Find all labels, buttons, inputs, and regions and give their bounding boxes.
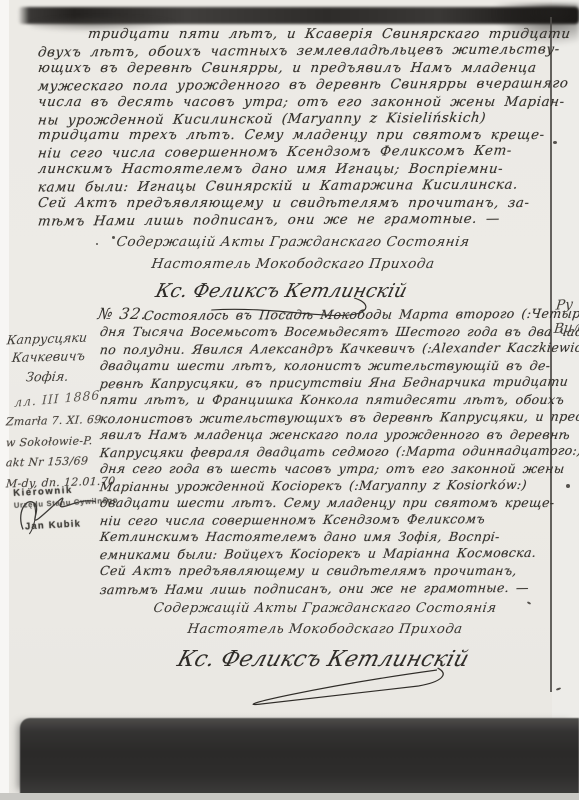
manuscript-line: Капрусцяки февраля двадцать седмого (:Ма… [99,442,551,461]
closing-formula-line: Настоятель Мокободскаго Прихода [99,620,552,639]
margin-village-name: Капрусцяки [6,330,88,348]
manuscript-line: дня сего года въ шесть часовъ утра; отъ … [99,460,551,477]
manuscript-line: Кетлинскимъ Настоятелемъ дано имя Зофія,… [99,528,551,545]
scan-speck [566,484,570,488]
record-previous-continuation: тридцати пяти лѣтъ, и Ксаверія Свинярска… [38,27,548,302]
manuscript-line: ніи сего числа совершенномъ Ксендзомъ Фе… [99,510,551,529]
manuscript-line: пяти лѣтъ, и Францишка Конкола пятидесят… [99,391,551,408]
manuscript-line: двухъ лѣтъ, обоихъ частныхъ землевладѣль… [37,42,549,62]
manuscript-line: ревнѣ Капрусцяки, въ присутствіи Яна Бед… [99,373,551,392]
scan-speck [500,448,503,450]
manuscript-line: Состоялось въ Посадѣ Мокободы Марта втор… [99,305,551,324]
margin-surname: Качкевичъ [11,349,86,366]
scan-left-margin [0,0,9,800]
record-32-body: Состоялось въ Посадѣ Мокободы Марта втор… [100,306,550,672]
manuscript-line: емниками были: Войцехъ Косіорекъ и Маріа… [99,544,551,563]
scan-speck [352,662,354,664]
manuscript-line: Маріанны урожденной Косіорекъ (:Maryanny… [99,476,551,495]
manuscript-line: дня Тысяча Восемьсотъ Восемьдесятъ Шесто… [99,323,551,340]
manuscript-line: тридцати пяти лѣтъ, и Ксаверія Свинярска… [37,27,549,44]
manuscript-lines: Состоялось въ Посадѣ Мокободы Марта втор… [100,306,550,597]
scan-speck [553,141,557,144]
manuscript-line: тридцати трехъ лѣтъ. Сему младенцу при с… [37,128,549,145]
manuscript-line: затѣмъ Нами лишь подписанъ, они же не гр… [99,578,551,597]
priest-signature: Кс. Феликсъ Кетлинскій [174,647,553,672]
manuscript-line: ны урожденной Кисилинской (Maryanny z Ki… [37,110,549,130]
manuscript-line: явилъ Намъ младенца женскаго пола урожде… [99,426,551,443]
closing-formula-line: Содержащій Акты Гражданскаго Состоянія [99,599,552,618]
manuscript-line: по полудни. Явился Александръ Качкевичъ … [99,339,551,358]
manuscript-line: двадцати шести лѣтъ, колонистъ жительств… [99,357,551,374]
adjacent-page-fragment: Вил [553,319,579,337]
manuscript-line: линскимъ Настоятелемъ дано имя Игнацы; В… [37,162,549,179]
manuscript-line: Сей Актъ предъявляющему и свидѣтелямъ пр… [99,562,551,579]
closing-formula-line: Настоятель Мокободскаго Прихода [37,255,550,274]
margin-given-name: Зофія. [25,370,69,386]
manuscript-line: числа въ десять часовъ утра; отъ его зак… [37,95,549,112]
manuscript-line: двадцати шести лѣтъ. Сему младенцу при с… [99,494,551,511]
scanned-register-page: тридцати пяти лѣтъ, и Ксаверія Свинярска… [0,0,579,800]
manuscript-line: Сей Актъ предъявляющему и свидѣтелямъ пр… [37,196,549,213]
manuscript-line: ками были: Игнацы Свинярскій и Катаржина… [37,178,549,198]
scan-speck [96,243,98,245]
manuscript-lines: тридцати пяти лѣтъ, и Ксаверія Свинярска… [38,27,548,230]
scan-speck [112,236,115,239]
manuscript-line: колонистовъ жительствующихъ въ деревнѣ К… [99,407,551,426]
adjacent-page-fragment: Ру [555,296,574,313]
manuscript-line: ющихъ въ деревнѣ Свинярры, и предъявилъ … [37,61,549,78]
manuscript-line: тѣмъ Нами лишь подписанъ, они же не грам… [37,211,549,231]
scan-bottom-edge [0,793,579,800]
manuscript-line: мужескаго пола урожденного въ деревнѣ Св… [37,76,549,96]
manuscript-line: ніи сего числа совершенномъ Ксендзомъ Фе… [37,144,549,164]
signature-flourish-icon [165,666,476,706]
priest-signature: Кс. Феликсъ Кетлинскій [153,280,550,302]
scan-shadow-bottom [20,718,579,794]
